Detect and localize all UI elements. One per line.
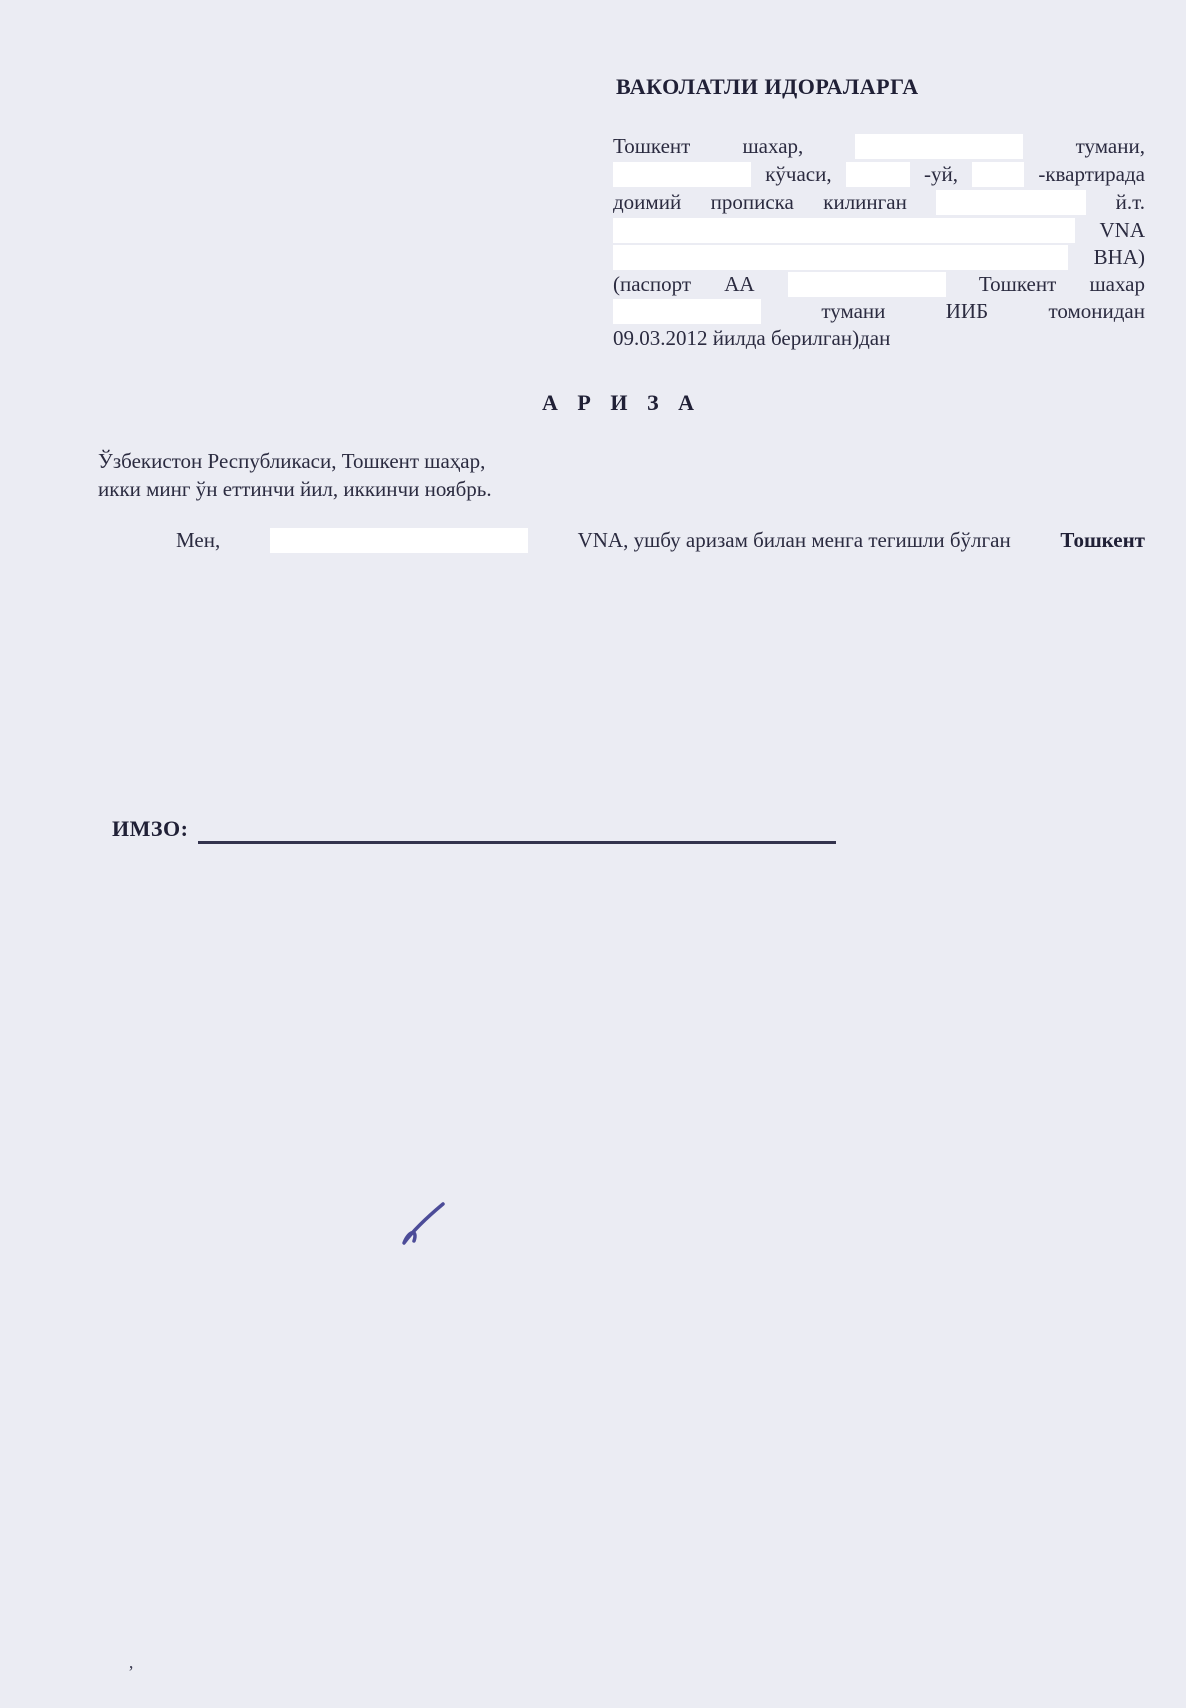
address-line-7: туманиИИБтомонидан (613, 298, 1145, 324)
text-run: килинган (823, 189, 907, 215)
text-run: -уй, (924, 161, 958, 187)
redaction-box (936, 190, 1086, 215)
stray-scan-mark: ’ (128, 1662, 134, 1683)
address-line-4: VNA (613, 217, 1145, 243)
redaction-box (613, 245, 1068, 270)
date-line-1: Ўзбекистон Республикаси, Тошкент шаҳар, (98, 448, 1145, 474)
application-title: А Р И З А (98, 390, 1145, 416)
text-run: VNA, ушбу аризам билан менга тегишли бўл… (578, 527, 1011, 553)
signature-label: ИМЗО: (112, 816, 188, 842)
text-run: -квартирада (1038, 161, 1145, 187)
redaction-box (613, 162, 751, 187)
address-line-8: 09.03.2012 йилда берилган)дан (613, 325, 1145, 351)
text-run: тумани (821, 298, 885, 324)
redaction-box (613, 299, 761, 324)
text-run: 09.03.2012 йилда берилган)дан (613, 325, 890, 351)
date-line-2: икки минг ўн еттинчи йил, иккинчи ноябрь… (98, 476, 1145, 502)
text-run: прописка (711, 189, 794, 215)
text-run: икки минг ўн еттинчи йил, иккинчи ноябрь… (98, 476, 492, 502)
scanned-document-page: ВАКОЛАТЛИ ИДОРАЛАРГА А Р И З А ИМЗО: Тош… (0, 0, 1186, 1708)
text-run: АА (724, 271, 754, 297)
address-line-1: Тошкентшахар,тумани, (613, 133, 1145, 159)
text-run: VNA (1100, 217, 1146, 243)
address-line-6: (паспортААТошкентшахар (613, 271, 1145, 297)
redaction-box (788, 272, 946, 297)
text-run: Мен, (176, 527, 220, 553)
text-run: шахар, (743, 133, 804, 159)
address-line-2: кўчаси,-уй,-квартирада (613, 161, 1145, 187)
text-run: тумани, (1076, 133, 1145, 159)
signature-underline (198, 841, 836, 844)
text-run: ИИБ (946, 298, 988, 324)
redaction-box (846, 162, 910, 187)
text-run: Тошкент (979, 271, 1056, 297)
redaction-box (972, 162, 1024, 187)
text-run: Ўзбекистон Республикаси, Тошкент шаҳар, (98, 448, 485, 474)
pen-stroke-icon (404, 1204, 443, 1243)
redaction-box (613, 218, 1075, 243)
address-line-5: ВНА) (613, 244, 1145, 270)
text-run: й.т. (1116, 189, 1145, 215)
text-run: кўчаси, (765, 161, 831, 187)
bold-text-run: Тошкент (1060, 527, 1145, 553)
text-run: доимий (613, 189, 681, 215)
redaction-box (270, 528, 528, 553)
text-run: (паспорт (613, 271, 691, 297)
text-run: томонидан (1048, 298, 1145, 324)
redaction-box (855, 134, 1023, 159)
text-run: шахар (1089, 271, 1145, 297)
document-addressee-heading: ВАКОЛАТЛИ ИДОРАЛАРГА (616, 74, 1148, 100)
text-run: ВНА) (1094, 244, 1145, 270)
text-run: Тошкент (613, 133, 690, 159)
address-line-3: доимийпропискакилинганй.т. (613, 189, 1145, 215)
statement-line-1: Мен,VNA, ушбу аризам билан менга тегишли… (98, 527, 1145, 553)
